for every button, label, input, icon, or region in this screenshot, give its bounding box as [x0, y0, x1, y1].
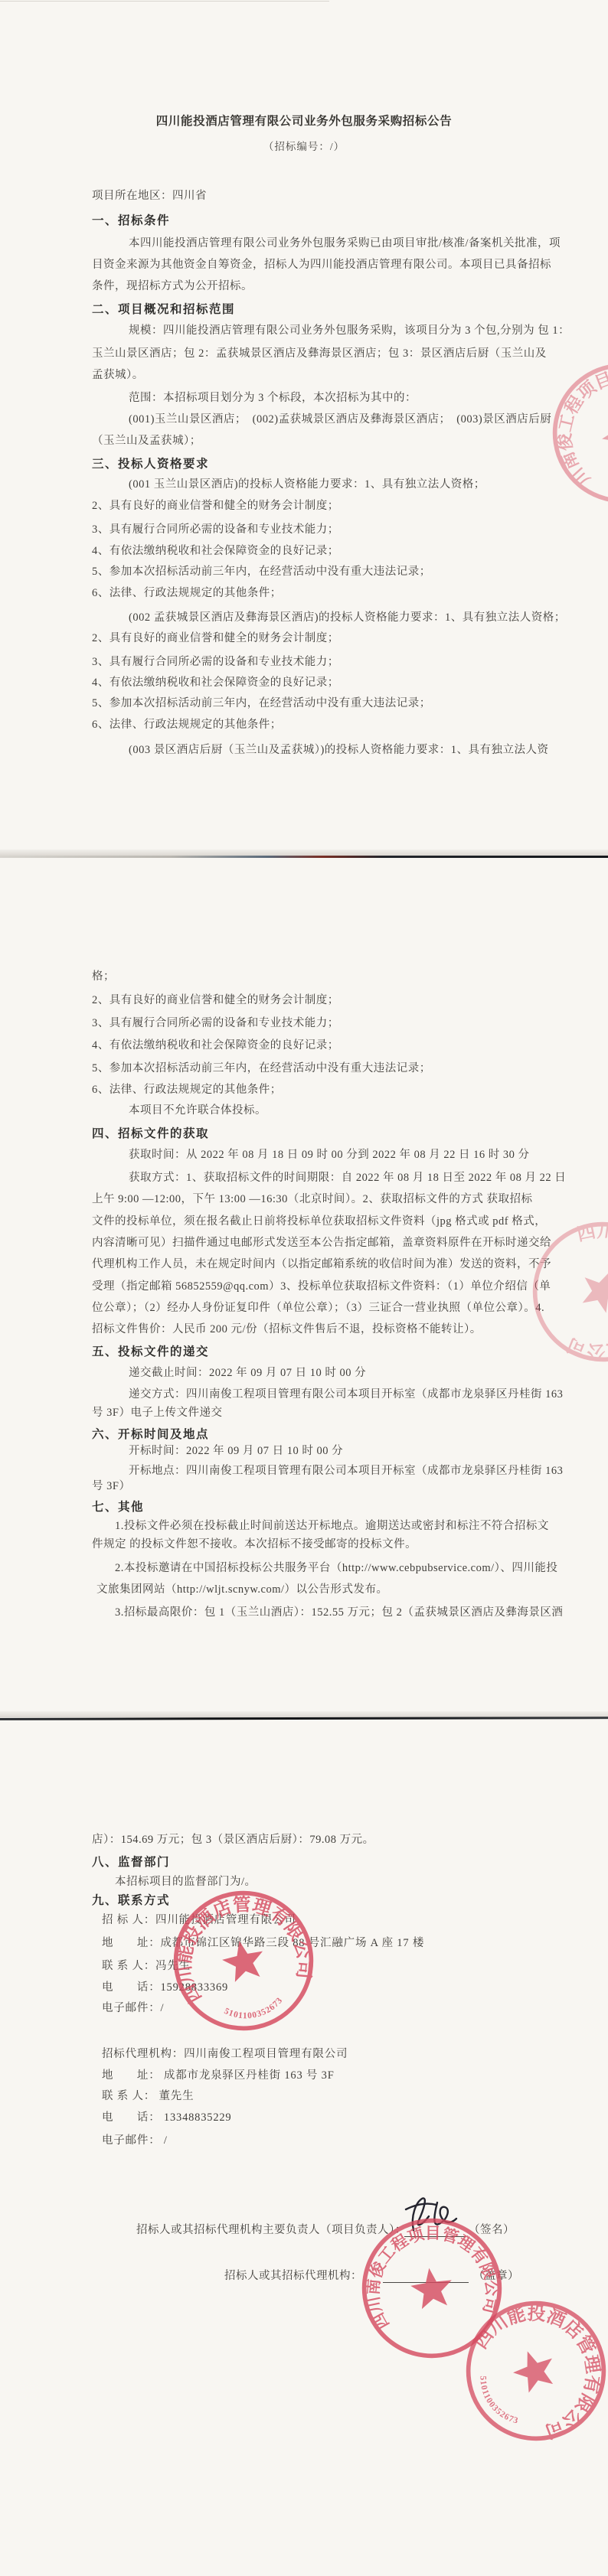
page-separator-2 — [0, 1717, 608, 1720]
text-line: 店）：154.69 万元；包 3（景区酒店后厨）：79.08 万元。 — [92, 1832, 374, 1847]
text-line: 1.投标文件必须在投标截止时间前送达开标地点。逾期送达或密封和标注不符合招标文 — [115, 1518, 549, 1534]
text-line: 5、参加本次招标活动前三年内，在经营活动中没有重大违法记录； — [92, 1061, 431, 1076]
page-separator-1 — [0, 856, 608, 858]
doc-title: 四川能投酒店管理有限公司业务外包服务采购招标公告 — [0, 112, 608, 129]
section-3-heading: 三、投标人资格要求 — [92, 455, 209, 471]
text-line: (003 景区酒店后厨（玉兰山及孟获城）)的投标人资格能力要求：1、具有独立法人… — [129, 742, 549, 758]
tenderer-email-line: 电子邮件：/ — [102, 2000, 164, 2016]
text-line: 2、具有良好的商业信誉和健全的财务会计制度； — [92, 498, 339, 514]
section-2-heading: 二、项目概况和招标范围 — [92, 300, 235, 317]
text-line: (001)玉兰山景区酒店； (002)孟获城景区酒店及彝海景区酒店； (003)… — [129, 412, 551, 427]
text-line: (001 玉兰山景区酒店)的投标人资格能力要求：1、具有独立法人资格； — [129, 477, 485, 492]
scanned-document: 四川能投酒店管理有限公司业务外包服务采购招标公告 （招标编号：/） 项目所在地区… — [0, 0, 608, 2576]
text-line: 范围：本招标项目划分为 3 个标段，本次招标为其中的： — [129, 390, 417, 406]
text-line: 2.本投标邀请在中国招标投标公共服务平台（http://www.cebpubse… — [115, 1560, 557, 1576]
text-line: 3、具有履行合同所必需的设备和专业技术能力； — [92, 1016, 339, 1031]
text-line: 递交方式：四川南俊工程项目管理有限公司本项目开标室（成都市龙泉驿区丹桂街 163 — [129, 1387, 563, 1402]
text-line: 受理（指定邮箱 56852559@qq.com）3、投标单位获取招标文件资料：（… — [92, 1279, 551, 1294]
agency-contact-line: 联 系 人： 董先生 — [102, 2089, 194, 2104]
section-4-heading: 四、招标文件的获取 — [92, 1124, 209, 1141]
text-line: 号 3F） — [92, 1479, 130, 1494]
text-line: 6、法律、行政法规规定的其他条件； — [92, 585, 282, 601]
section-6-heading: 六、开标时间及地点 — [92, 1425, 209, 1442]
text-line: 文件的投标单位，须在报名截止日前将投标单位获取招标文件资料（jpg 格式或 pd… — [92, 1214, 546, 1229]
text-line: 位公章）；（2）经办人身份证复印件（单位公章）；（3）三证合一营业执照（单位公章… — [92, 1300, 544, 1316]
page-shadow-1 — [0, 849, 608, 856]
text-line: 格； — [92, 969, 115, 984]
text-line: 文旅集团网站（http://wljt.scnyw.com/）以公告形式发布。 — [96, 1582, 388, 1597]
text-line: 本四川能投酒店管理有限公司业务外包服务采购已由项目审批/核准/备案机关批准，项 — [129, 236, 561, 251]
text-line: 规模：四川能投酒店管理有限公司业务外包服务采购，该项目分为 3 个包,分别为 包… — [129, 323, 570, 338]
text-line: 3、具有履行合同所必需的设备和专业技术能力； — [92, 522, 339, 537]
text-line: 孟获城）。 — [92, 367, 144, 383]
text-line: 4、有依法缴纳税收和社会保障资金的良好记录； — [92, 543, 339, 559]
agency-address-line: 地 址： 成都市龙泉驿区丹桂街 163 号 3F — [102, 2068, 335, 2083]
text-line: 招标文件售价：人民币 200 元/份（招标文件售后不退，投标资格不能转让）。 — [92, 1322, 482, 1337]
agency-phone-line: 电 话： 13348835229 — [102, 2110, 231, 2125]
text-line: 递交截止时间：2022 年 09 月 07 日 10 时 00 分 — [129, 1365, 366, 1381]
text-line: 2、具有良好的商业信誉和健全的财务会计制度； — [92, 631, 339, 646]
text-line: （玉兰山及孟获城）； — [92, 433, 201, 448]
scan-edge-top-left — [0, 1, 329, 2]
text-line: 上午 9:00 —12:00，下午 13:00 —16:30（北京时间）。2、获… — [92, 1192, 533, 1207]
text-line: 获取时间：从 2022 年 08 月 18 日 09 时 00 分到 2022 … — [129, 1147, 530, 1162]
text-line: 本招标项目的监督部门为/。 — [115, 1874, 257, 1890]
text-line: 内容清晰可见）扫描件通过电邮形式发送至本公告指定邮箱，盖章资料原件在开标时递交给 — [92, 1235, 551, 1251]
hotel-company-stamp: 四川能投酒店管理有限公司 5101100352673 — [157, 1874, 329, 2046]
section-7-heading: 七、其他 — [92, 1498, 144, 1515]
text-line: 代理机构工作人员，未在规定时间内（以指定邮箱系统的收信时间为准）发送的资料，不予 — [92, 1257, 551, 1272]
text-line: 6、法律、行政法规规定的其他条件； — [92, 717, 282, 732]
section-1-heading: 一、招标条件 — [92, 211, 170, 228]
section-5-heading: 五、投标文件的递交 — [92, 1342, 209, 1359]
text-line: 3.招标最高限价：包 1（玉兰山酒店）：152.55 万元；包 2（孟获城景区酒… — [115, 1605, 563, 1620]
section-8-heading: 八、监督部门 — [92, 1853, 170, 1870]
hotel-edge-stamp-page2: 四川能投酒店管理有限公司 — [524, 1213, 608, 1371]
text-line: 开标时间：2022 年 09 月 07 日 10 时 00 分 — [129, 1443, 343, 1459]
text-line: 5、参加本次招标活动前三年内，在经营活动中没有重大违法记录； — [92, 696, 431, 711]
agency-email-line: 电子邮件： / — [102, 2133, 168, 2148]
text-line: (002 孟获城景区酒店及彝海景区酒店)的投标人资格能力要求：1、具有独立法人资… — [129, 610, 566, 625]
text-line: 件规定 的投标文件恕不接收。本次招标不接受邮寄的投标文件。 — [92, 1537, 417, 1552]
text-line: 3、具有履行合同所必需的设备和专业技术能力； — [92, 654, 339, 670]
agency-name-line: 招标代理机构：四川南俊工程项目管理有限公司 — [102, 2046, 348, 2062]
text-line: 条件，现招标方式为公开招标。 — [92, 279, 253, 294]
seal-label: 招标人或其招标代理机构： — [224, 2268, 362, 2284]
region-line: 项目所在地区：四川省 — [92, 188, 207, 204]
text-line: 4、有依法缴纳税收和社会保障资金的良好记录； — [92, 1038, 339, 1053]
text-line: 开标地点：四川南俊工程项目管理有限公司本项目开标室（成都市龙泉驿区丹桂街 163 — [129, 1463, 563, 1479]
text-line: 玉兰山景区酒店；包 2：孟获城景区酒店及彝海景区酒店；包 3：景区酒店后厨（玉兰… — [92, 346, 547, 361]
text-line: 本项目不允许联合体投标。 — [129, 1103, 266, 1118]
text-line: 号 3F）电子上传文件递交 — [92, 1405, 222, 1420]
text-line: 目资金来源为其他资金自筹资金，招标人为四川能投酒店管理有限公司。本项目已具备招标 — [92, 257, 551, 272]
text-line: 2、具有良好的商业信誉和健全的财务会计制度； — [92, 993, 339, 1008]
text-line: 4、有依法缴纳税收和社会保障资金的良好记录； — [92, 675, 339, 690]
agency-edge-stamp-page1: 四川南俊工程项目管理有限公司 — [523, 334, 608, 533]
text-line: 6、法律、行政法规规定的其他条件； — [92, 1082, 282, 1097]
text-line: 获取方式：1、获取招标文件的时间期限：自 2022 年 08 月 18 日至 2… — [129, 1170, 566, 1185]
text-line: 5、参加本次招标活动前三年内，在经营活动中没有重大违法记录； — [92, 564, 431, 579]
bid-number-line: （招标编号：/） — [0, 138, 608, 153]
